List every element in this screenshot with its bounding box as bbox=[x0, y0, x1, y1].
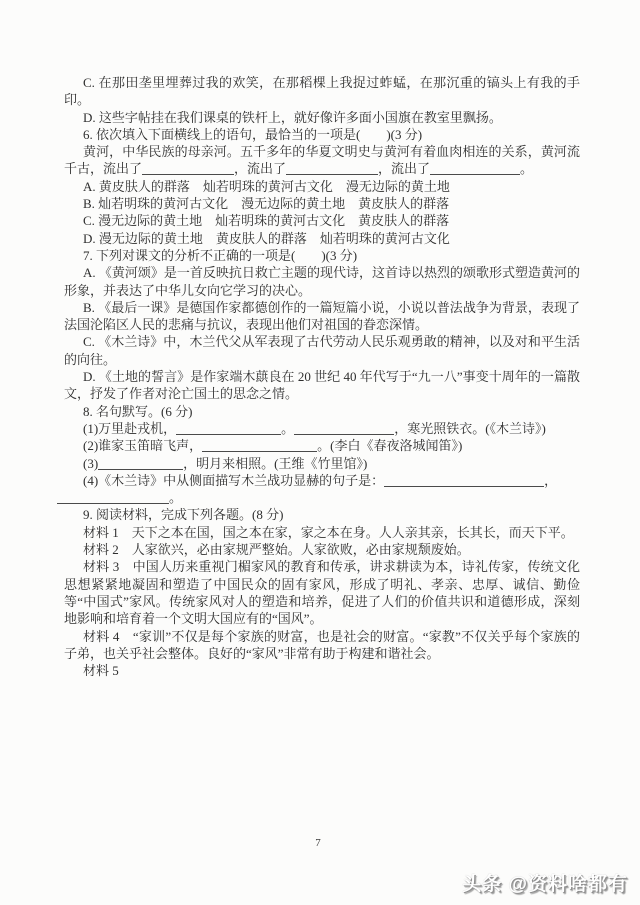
exam-paper-page: C. 在那田垄里埋葬过我的欢笑，在那稻棵上我捉过蚱蜢，在那沉重的镐头上有我的手印… bbox=[0, 0, 640, 905]
fill-in-blank bbox=[202, 450, 317, 452]
passage-text: 。 bbox=[520, 161, 533, 176]
fill-in-blank bbox=[294, 433, 394, 435]
page-number: 7 bbox=[0, 837, 636, 849]
material-1: 材料 1 天下之本在国，国之本在家，家之本在身。人人亲其亲，长其长，而天下平。 bbox=[64, 524, 580, 541]
question-7-option-a: A. 《黄河颂》是一首反映抗日救亡主题的现代诗，这首诗以热烈的颂歌形式塑造黄河的… bbox=[64, 264, 580, 299]
question-6-option-a: A. 黄皮肤人的群落 灿若明珠的黄河古文化 漫无边际的黄土地 bbox=[64, 178, 580, 195]
fill-in-blank bbox=[384, 485, 544, 487]
dictation-text: 。 bbox=[281, 421, 294, 436]
material-5: 材料 5 bbox=[64, 662, 580, 679]
question-6-option-c: C. 漫无边际的黄土地 灿若明珠的黄河古文化 黄皮肤人的群落 bbox=[64, 212, 580, 229]
question-8-item-1: (1)万里赴戎机，。，寒光照铁衣。(《木兰诗》) bbox=[64, 420, 580, 437]
question-6-passage: 黄河，中华民族的母亲河。五千多年的华夏文明史与黄河有着血肉相连的关系，黄河流千古… bbox=[64, 143, 580, 178]
material-3: 材料 3 中国人历来重视门楣家风的教育和传承，讲求耕读为本，诗礼传家，传统文化思… bbox=[64, 558, 580, 627]
option-d-line: D. 这些字帖挂在我们课桌的铁杆上，就好像许多面小国旗在教室里飘扬。 bbox=[64, 109, 580, 126]
fill-in-blank bbox=[176, 433, 281, 435]
question-8-item-3: (3)，明月来相照。(王维《竹里馆》) bbox=[64, 455, 580, 472]
dictation-text: (4)《木兰诗》中从侧面描写木兰战功显赫的句子是： bbox=[83, 473, 384, 488]
passage-text: ，流出了 bbox=[378, 161, 430, 176]
material-4: 材料 4 “家训”不仅是每个家族的财富，也是社会的财富。“家教”不仅关乎每个家族… bbox=[64, 628, 580, 663]
fill-in-blank bbox=[98, 468, 183, 470]
question-8-item-4-continuation: 。 bbox=[57, 489, 580, 506]
question-6-stem: 6. 依次填入下面横线上的语句，最恰当的一项是( )(3 分) bbox=[64, 126, 580, 143]
fill-in-blank bbox=[430, 173, 520, 175]
passage-text: ，流出了 bbox=[234, 161, 286, 176]
option-c-line: C. 在那田垄里埋葬过我的欢笑，在那稻棵上我捉过蚱蜢，在那沉重的镐头上有我的手印… bbox=[64, 74, 580, 109]
material-2: 材料 2 人家欲兴，必由家规严整始。人家欲败，必由家规颓废始。 bbox=[64, 541, 580, 558]
dictation-text: 。(李白《春夜洛城闻笛》) bbox=[317, 438, 462, 453]
fill-in-blank bbox=[142, 173, 234, 175]
dictation-text: ，明月来相照。(王维《竹里馆》) bbox=[183, 456, 367, 471]
dictation-text: ， bbox=[544, 473, 557, 488]
question-9-stem: 9. 阅读材料，完成下列各题。(8 分) bbox=[64, 506, 580, 523]
question-6-option-b: B. 灿若明珠的黄河古文化 漫无边际的黄土地 黄皮肤人的群落 bbox=[64, 195, 580, 212]
dictation-text: (3) bbox=[83, 456, 98, 471]
dictation-text: (2)谁家玉笛暗飞声， bbox=[83, 438, 202, 453]
question-7-option-d: D. 《土地的誓言》是作家端木蕻良在 20 世纪 40 年代写于“九一八”事变十… bbox=[64, 368, 580, 403]
question-7-option-c: C. 《木兰诗》中，木兰代父从军表现了古代劳动人民乐观勇敢的精神，以及对和平生活… bbox=[64, 333, 580, 368]
toutiao-watermark: 头条 @资料啥都有 bbox=[462, 869, 628, 896]
question-7-stem: 7. 下列对课文的分析不正确的一项是( )(3 分) bbox=[64, 247, 580, 264]
question-6-option-d: D. 漫无边际的黄土地 黄皮肤人的群落 灿若明珠的黄河古文化 bbox=[64, 230, 580, 247]
passage-text: 黄河，中华民族的母亲河。五千多年的华夏文明史与黄河有着血肉相连的关系，黄河流千古… bbox=[64, 144, 580, 176]
dictation-text: ，寒光照铁衣。(《木兰诗》) bbox=[394, 421, 546, 436]
dictation-text: (1)万里赴戎机， bbox=[83, 421, 176, 436]
fill-in-blank bbox=[286, 173, 378, 175]
question-8-item-2: (2)谁家玉笛暗飞声，。(李白《春夜洛城闻笛》) bbox=[64, 437, 580, 454]
question-8-item-4: (4)《木兰诗》中从侧面描写木兰战功显赫的句子是：， bbox=[64, 472, 580, 489]
fill-in-blank bbox=[57, 502, 169, 504]
exam-content: C. 在那田垄里埋葬过我的欢笑，在那稻棵上我捉过蚱蜢，在那沉重的镐头上有我的手印… bbox=[64, 74, 580, 679]
dictation-text: 。 bbox=[169, 490, 182, 505]
question-8-stem: 8. 名句默写。(6 分) bbox=[64, 403, 580, 420]
question-7-option-b: B. 《最后一课》是德国作家都德创作的一篇短篇小说，小说以普法战争为背景，表现了… bbox=[64, 299, 580, 334]
